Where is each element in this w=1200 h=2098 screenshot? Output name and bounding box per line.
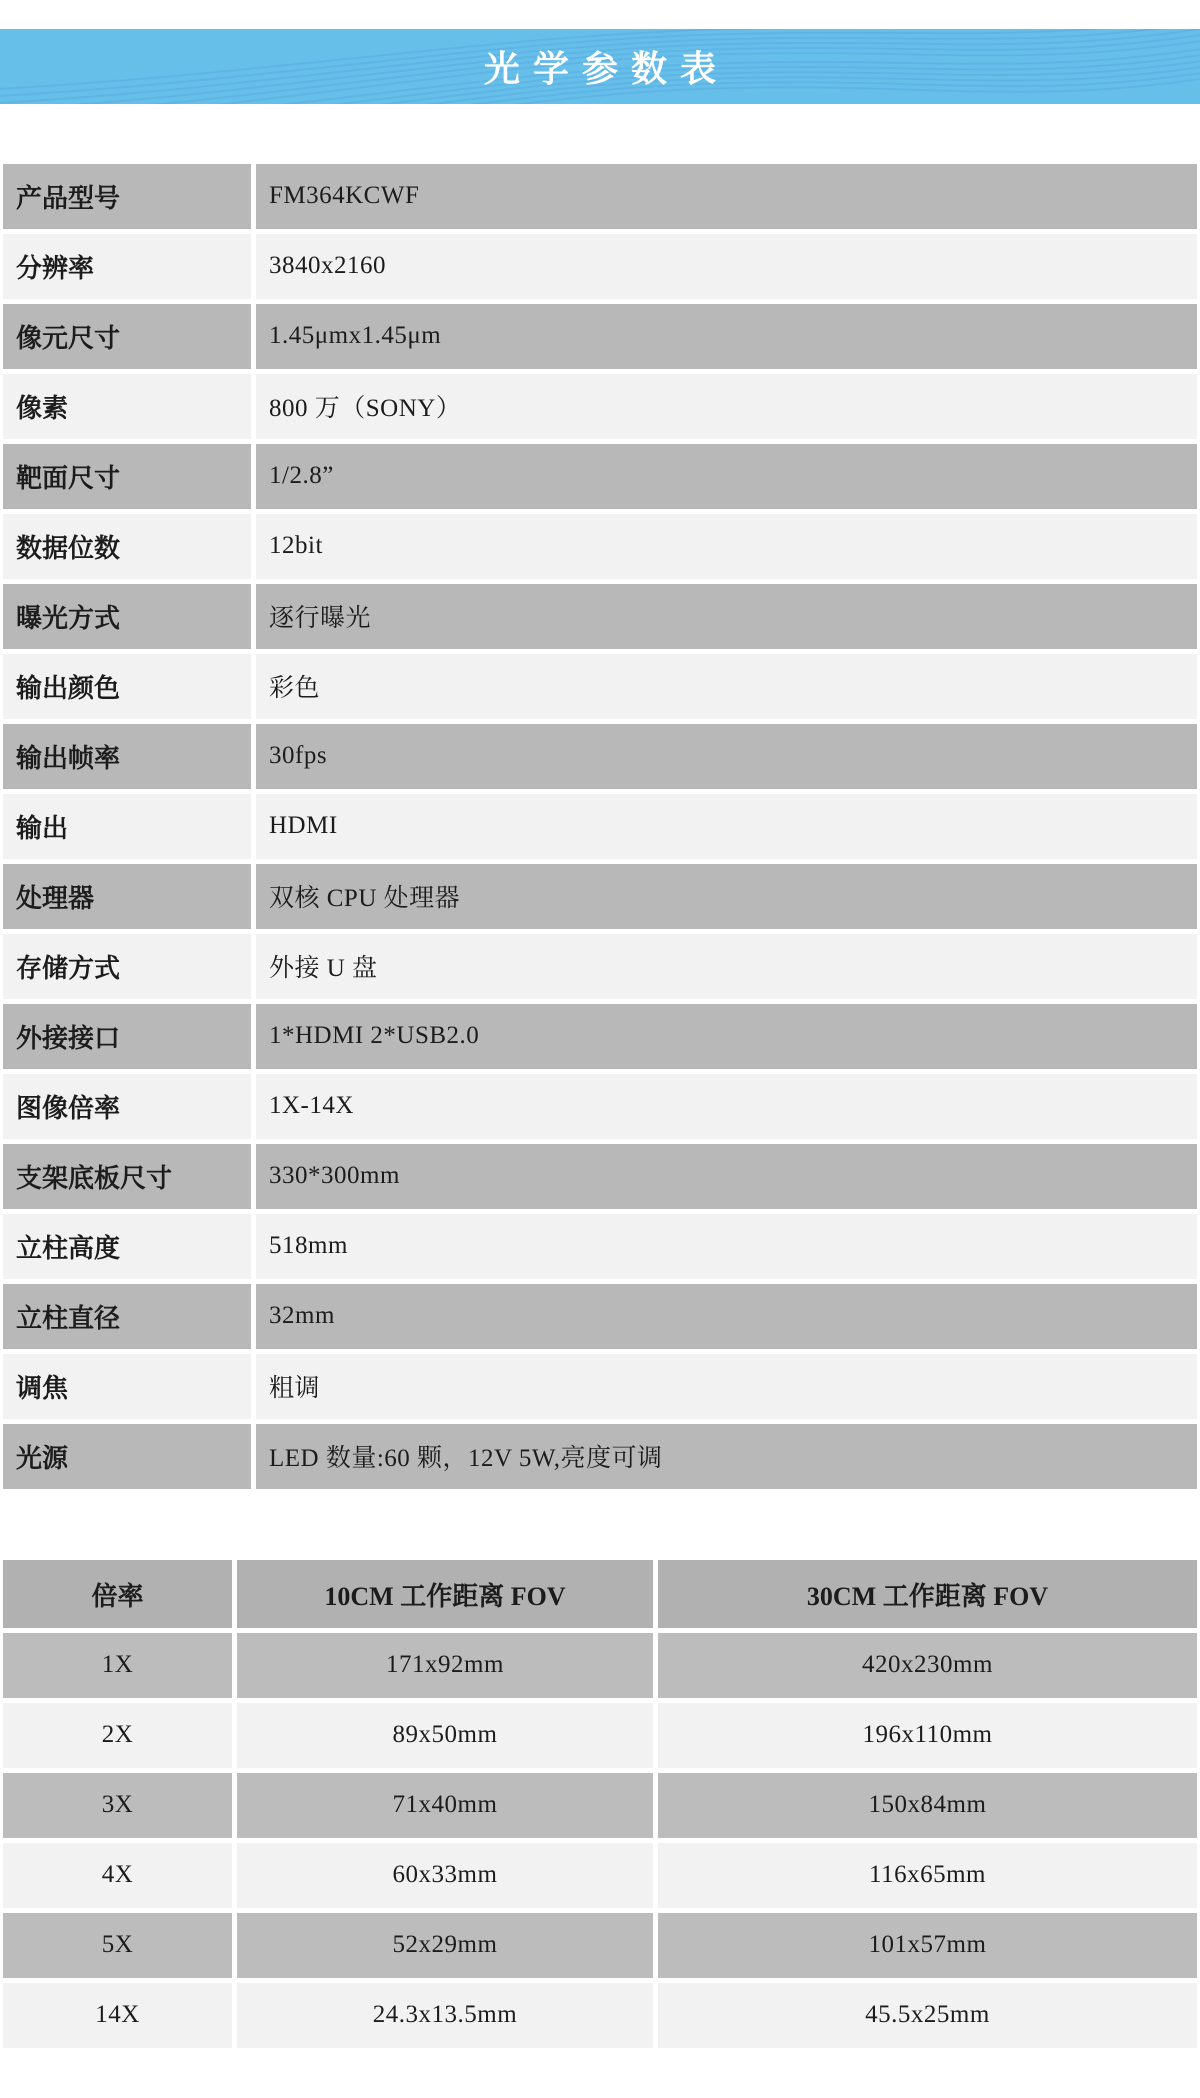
spec-label: 调焦 <box>3 1354 251 1419</box>
table-row: 5X 52x29mm 101x57mm <box>3 1913 1197 1978</box>
spec-label: 靶面尺寸 <box>3 444 251 509</box>
fov-zoom: 2X <box>3 1703 232 1768</box>
fov-30cm-value: 101x57mm <box>658 1913 1197 1978</box>
spec-label: 分辨率 <box>3 234 251 299</box>
table-row: 4X 60x33mm 116x65mm <box>3 1843 1197 1908</box>
spec-label: 立柱直径 <box>3 1284 251 1349</box>
table-row: 产品型号 FM364KCWF <box>3 164 1197 229</box>
table-row: 外接接口 1*HDMI 2*USB2.0 <box>3 1004 1197 1069</box>
fov-30cm-value: 45.5x25mm <box>658 1983 1197 2048</box>
spec-label: 像元尺寸 <box>3 304 251 369</box>
table-row: 14X 24.3x13.5mm 45.5x25mm <box>3 1983 1197 2048</box>
fov-30cm-value: 196x110mm <box>658 1703 1197 1768</box>
spec-value: 外接 U 盘 <box>256 934 1197 999</box>
table-row: 像素 800 万（SONY） <box>3 374 1197 439</box>
spec-value: 逐行曝光 <box>256 584 1197 649</box>
spec-value: 1/2.8” <box>256 444 1197 509</box>
table-row: 像元尺寸 1.45μmx1.45μm <box>3 304 1197 369</box>
table-row: 1X 171x92mm 420x230mm <box>3 1633 1197 1698</box>
fov-30cm-value: 150x84mm <box>658 1773 1197 1838</box>
spec-label: 外接接口 <box>3 1004 251 1069</box>
table-row: 支架底板尺寸 330*300mm <box>3 1144 1197 1209</box>
spec-value: HDMI <box>256 794 1197 859</box>
table-row: 2X 89x50mm 196x110mm <box>3 1703 1197 1768</box>
table-row: 图像倍率 1X-14X <box>3 1074 1197 1139</box>
fov-zoom: 4X <box>3 1843 232 1908</box>
spec-value: 32mm <box>256 1284 1197 1349</box>
optical-spec-table: 产品型号 FM364KCWF 分辨率 3840x2160 像元尺寸 1.45μm… <box>3 164 1197 1494</box>
spec-label: 像素 <box>3 374 251 439</box>
spec-label: 处理器 <box>3 864 251 929</box>
spec-label: 立柱高度 <box>3 1214 251 1279</box>
spec-value: 330*300mm <box>256 1144 1197 1209</box>
page-title: 光学参数表 <box>0 29 1200 104</box>
fov-10cm-value: 24.3x13.5mm <box>237 1983 653 2048</box>
table-row: 立柱高度 518mm <box>3 1214 1197 1279</box>
fov-10cm-value: 60x33mm <box>237 1843 653 1908</box>
fov-zoom: 14X <box>3 1983 232 2048</box>
table-row: 调焦 粗调 <box>3 1354 1197 1419</box>
fov-30cm-value: 116x65mm <box>658 1843 1197 1908</box>
fov-10cm-value: 71x40mm <box>237 1773 653 1838</box>
table-row: 靶面尺寸 1/2.8” <box>3 444 1197 509</box>
spec-label: 数据位数 <box>3 514 251 579</box>
fov-zoom: 1X <box>3 1633 232 1698</box>
spec-value: 彩色 <box>256 654 1197 719</box>
table-row: 输出颜色 彩色 <box>3 654 1197 719</box>
spec-value: 12bit <box>256 514 1197 579</box>
fov-zoom: 5X <box>3 1913 232 1978</box>
spec-label: 光源 <box>3 1424 251 1489</box>
fov-table: 倍率 10CM 工作距离 FOV 30CM 工作距离 FOV 1X 171x92… <box>3 1560 1197 2053</box>
spec-value: 粗调 <box>256 1354 1197 1419</box>
fov-zoom: 3X <box>3 1773 232 1838</box>
spec-value: 双核 CPU 处理器 <box>256 864 1197 929</box>
spec-label: 输出颜色 <box>3 654 251 719</box>
table-row: 输出帧率 30fps <box>3 724 1197 789</box>
spec-value: 800 万（SONY） <box>256 374 1197 439</box>
fov-10cm-value: 89x50mm <box>237 1703 653 1768</box>
table-row: 数据位数 12bit <box>3 514 1197 579</box>
table-row: 存储方式 外接 U 盘 <box>3 934 1197 999</box>
spec-value: 518mm <box>256 1214 1197 1279</box>
spec-label: 产品型号 <box>3 164 251 229</box>
spec-sheet-page: { "banner": { "title": "光学参数表", "bg_colo… <box>0 0 1200 2098</box>
table-row: 处理器 双核 CPU 处理器 <box>3 864 1197 929</box>
fov-header-30cm: 30CM 工作距离 FOV <box>658 1560 1197 1628</box>
spec-value: LED 数量:60 颗，12V 5W,亮度可调 <box>256 1424 1197 1489</box>
fov-header-row: 倍率 10CM 工作距离 FOV 30CM 工作距离 FOV <box>3 1560 1197 1628</box>
spec-value: 1.45μmx1.45μm <box>256 304 1197 369</box>
table-row: 3X 71x40mm 150x84mm <box>3 1773 1197 1838</box>
table-row: 分辨率 3840x2160 <box>3 234 1197 299</box>
spec-value: 30fps <box>256 724 1197 789</box>
title-banner: 光学参数表 <box>0 29 1200 104</box>
table-row: 光源 LED 数量:60 颗，12V 5W,亮度可调 <box>3 1424 1197 1489</box>
table-row: 输出 HDMI <box>3 794 1197 859</box>
spec-label: 输出帧率 <box>3 724 251 789</box>
table-row: 立柱直径 32mm <box>3 1284 1197 1349</box>
fov-header-10cm: 10CM 工作距离 FOV <box>237 1560 653 1628</box>
spec-label: 输出 <box>3 794 251 859</box>
fov-header-zoom: 倍率 <box>3 1560 232 1628</box>
spec-value: FM364KCWF <box>256 164 1197 229</box>
spec-label: 存储方式 <box>3 934 251 999</box>
spec-label: 图像倍率 <box>3 1074 251 1139</box>
spec-value: 3840x2160 <box>256 234 1197 299</box>
fov-10cm-value: 171x92mm <box>237 1633 653 1698</box>
spec-value: 1*HDMI 2*USB2.0 <box>256 1004 1197 1069</box>
spec-label: 曝光方式 <box>3 584 251 649</box>
spec-label: 支架底板尺寸 <box>3 1144 251 1209</box>
spec-value: 1X-14X <box>256 1074 1197 1139</box>
fov-30cm-value: 420x230mm <box>658 1633 1197 1698</box>
fov-10cm-value: 52x29mm <box>237 1913 653 1978</box>
table-row: 曝光方式 逐行曝光 <box>3 584 1197 649</box>
